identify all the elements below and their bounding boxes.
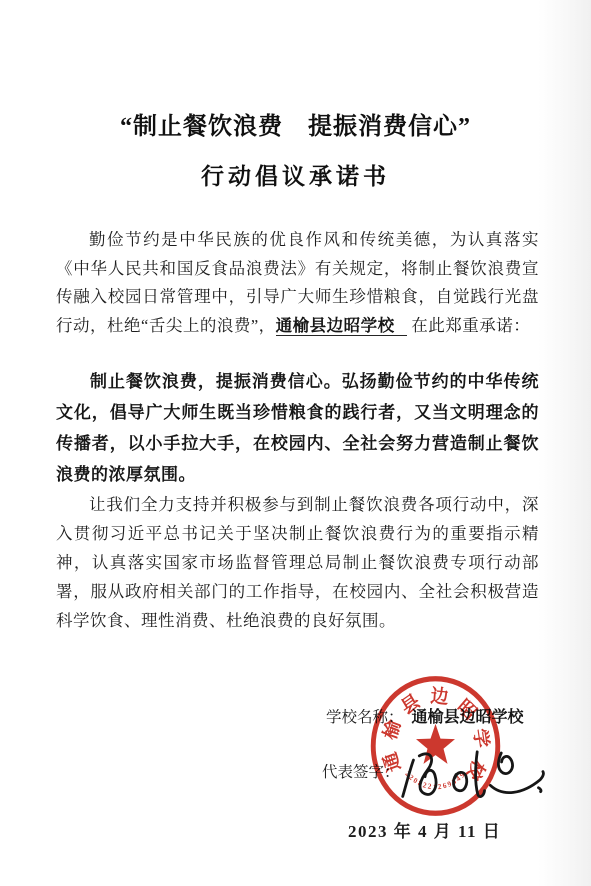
representative-signature (397, 741, 549, 808)
signature-stroke (490, 772, 544, 794)
signature-stroke (453, 772, 467, 791)
paragraph-intro: 勤俭节约是中华民族的优良作风和传统美德，为认真落实《中华人民共和国反食品浪费法》… (56, 226, 539, 340)
signature-stroke (498, 753, 513, 774)
date-line: 2023 年 4 月 11 日 (348, 817, 501, 842)
signature-stroke (419, 754, 437, 795)
document-title-line1: “制止餐饮浪费 提振消费信心” (0, 106, 591, 141)
document-title-line2: 行动倡议承诺书 (0, 158, 591, 191)
signature-stroke (401, 760, 414, 796)
signature-stroke (475, 752, 485, 797)
seal-ring-char: 边 (430, 684, 450, 708)
document-body: 勤俭节约是中华民族的优良作风和传统美德，为认真落实《中华人民共和国反食品浪费法》… (56, 226, 539, 635)
school-name-inline: 通榆县边昭学校 (276, 317, 407, 336)
seal-ring-char: 县 (398, 690, 424, 719)
signature-stroke (538, 788, 541, 792)
seal-ring-char: 榆 (379, 717, 405, 743)
paragraph-intro-tail: 在此郑重承诺： (407, 316, 531, 335)
paragraph-commitment: 制止餐饮浪费，提振消费信心。弘扬勤俭节约的中华传统文化，倡导广大师生既当珍惜粮食… (56, 366, 539, 490)
paragraph-action: 让我们全力支持并积极参与到制止餐饮浪费各项行动中，深入贯彻习近平总书记关于坚决制… (56, 490, 539, 635)
seal-ring-char: 昭 (453, 696, 480, 725)
